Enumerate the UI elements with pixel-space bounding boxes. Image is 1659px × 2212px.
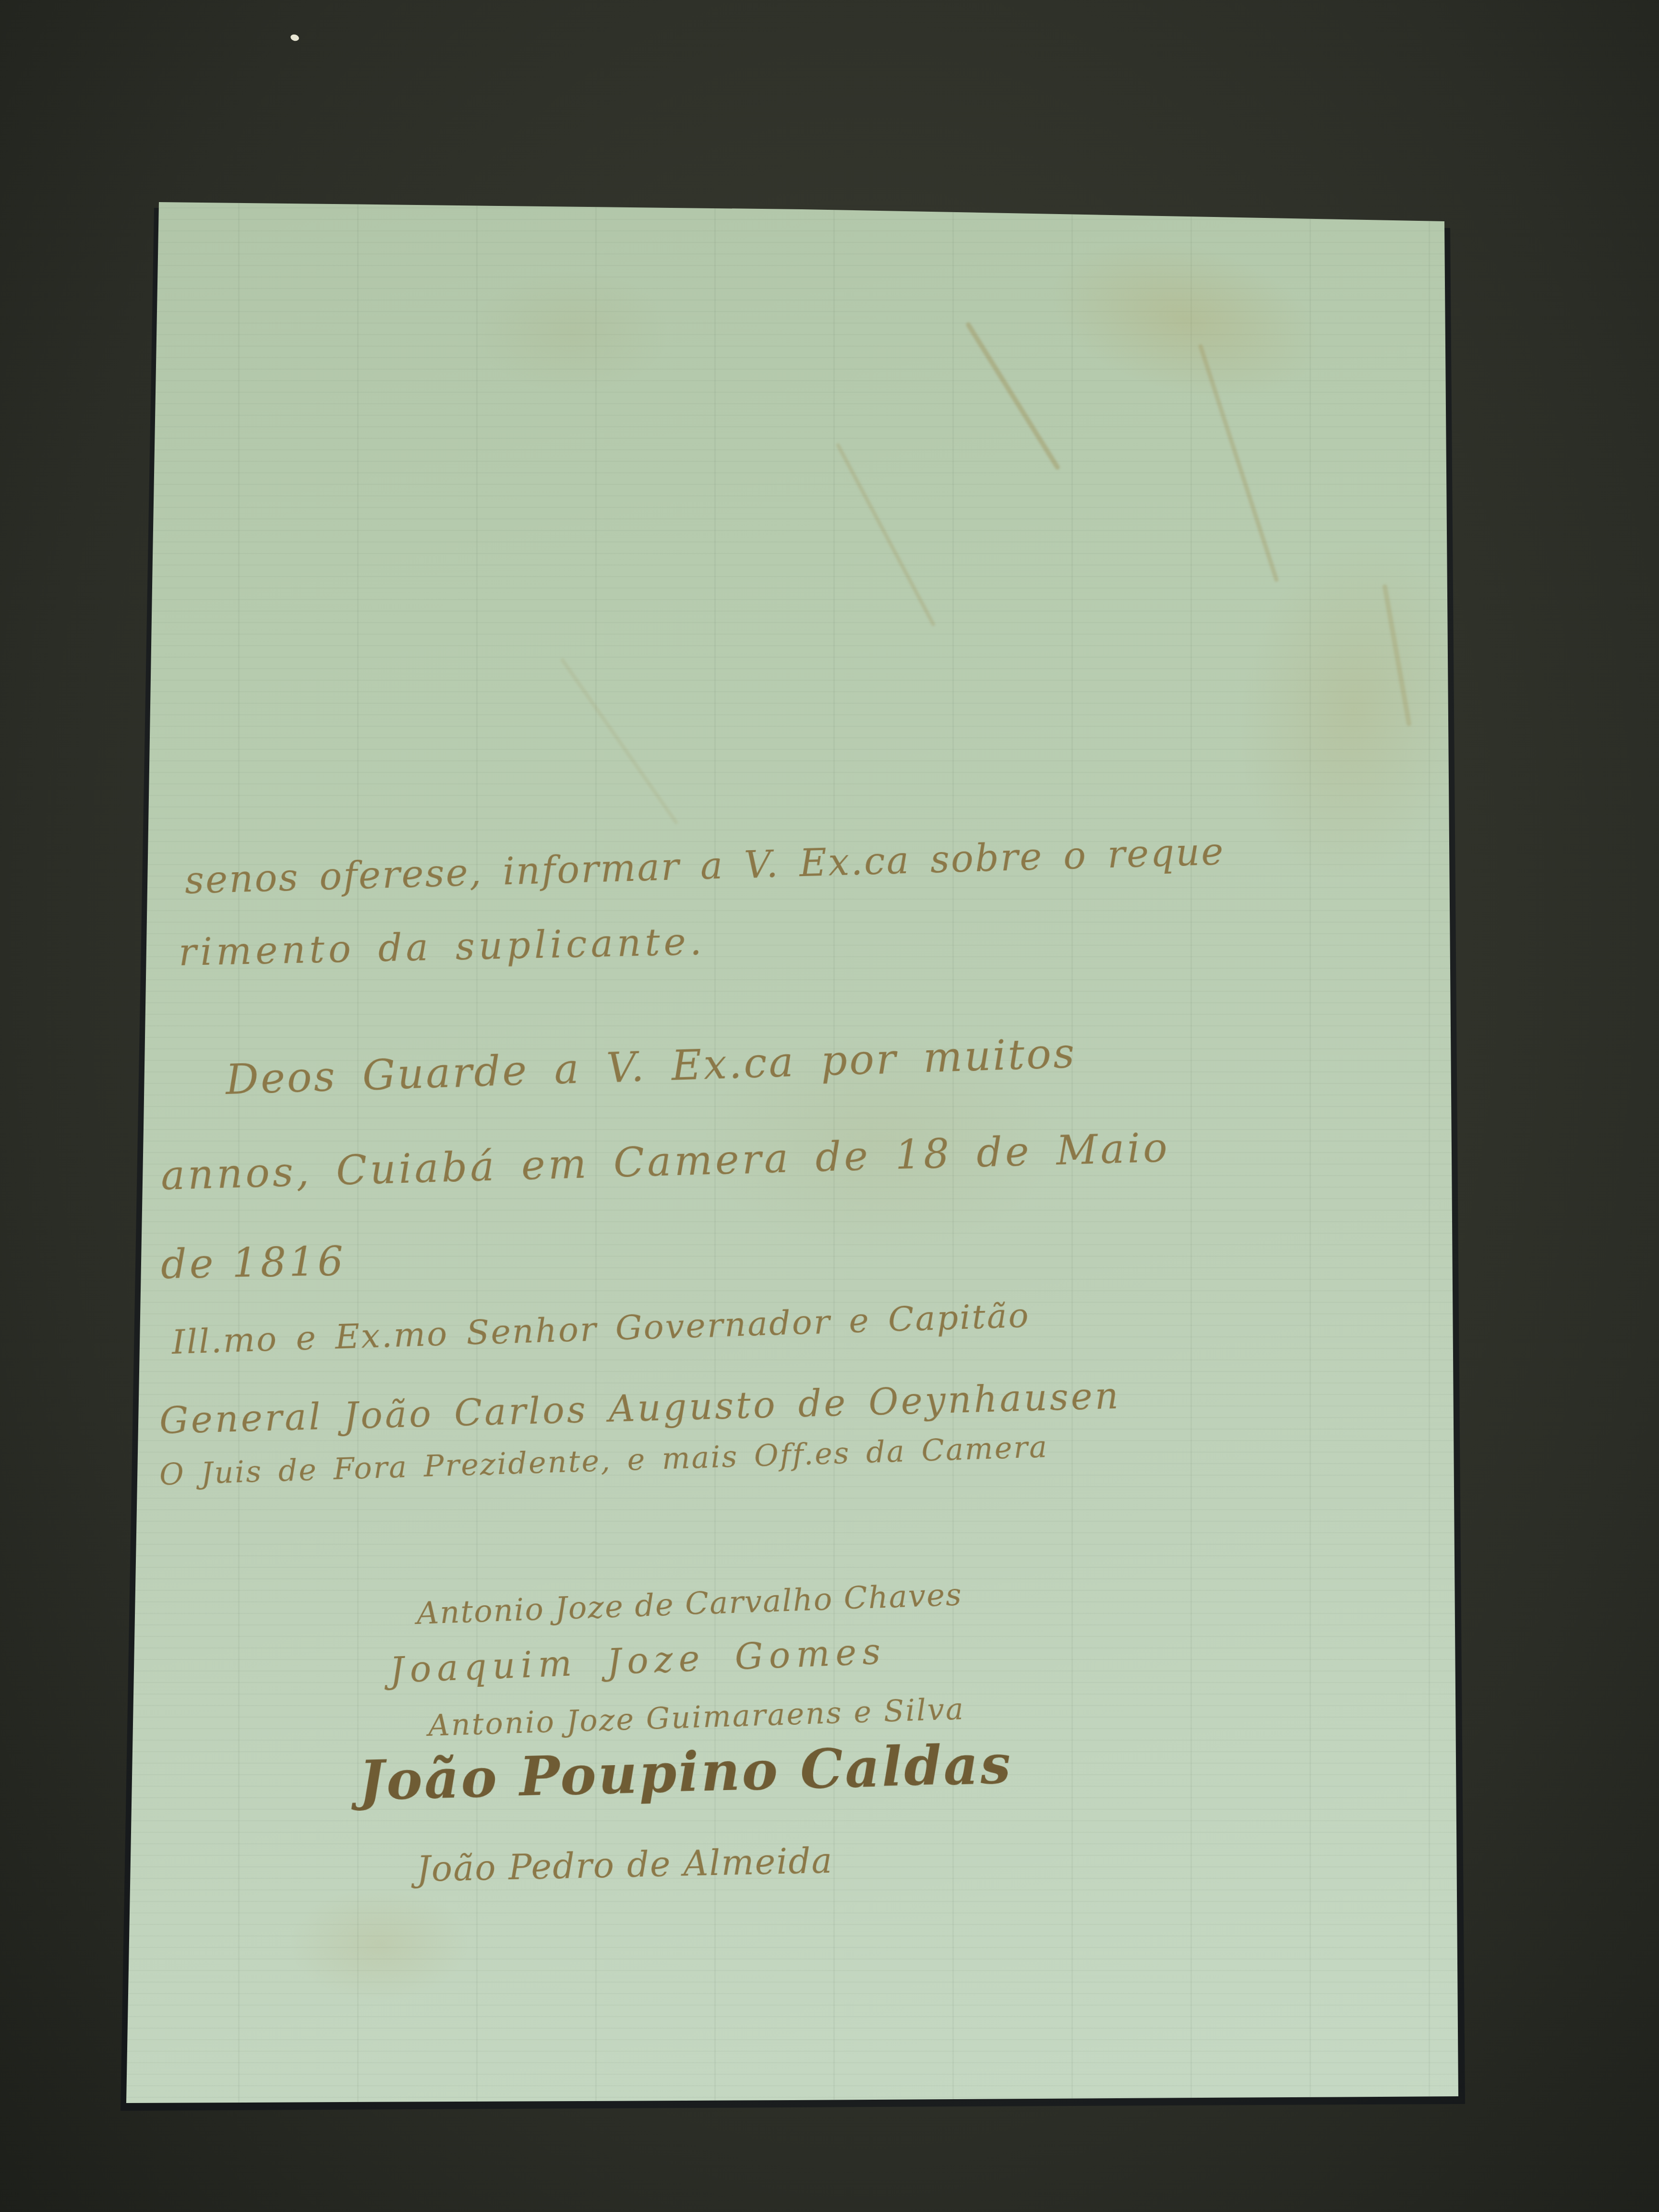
- photo-background: senos oferese, informar a V. Ex.ca sobre…: [0, 0, 1659, 2212]
- paper-stain: [470, 269, 672, 394]
- manuscript-page: senos oferese, informar a V. Ex.ca sobre…: [0, 0, 1659, 2212]
- dust-speck: [289, 34, 300, 42]
- letter-date-line: de 1816: [160, 1238, 347, 1288]
- paper-stain: [288, 1887, 470, 2002]
